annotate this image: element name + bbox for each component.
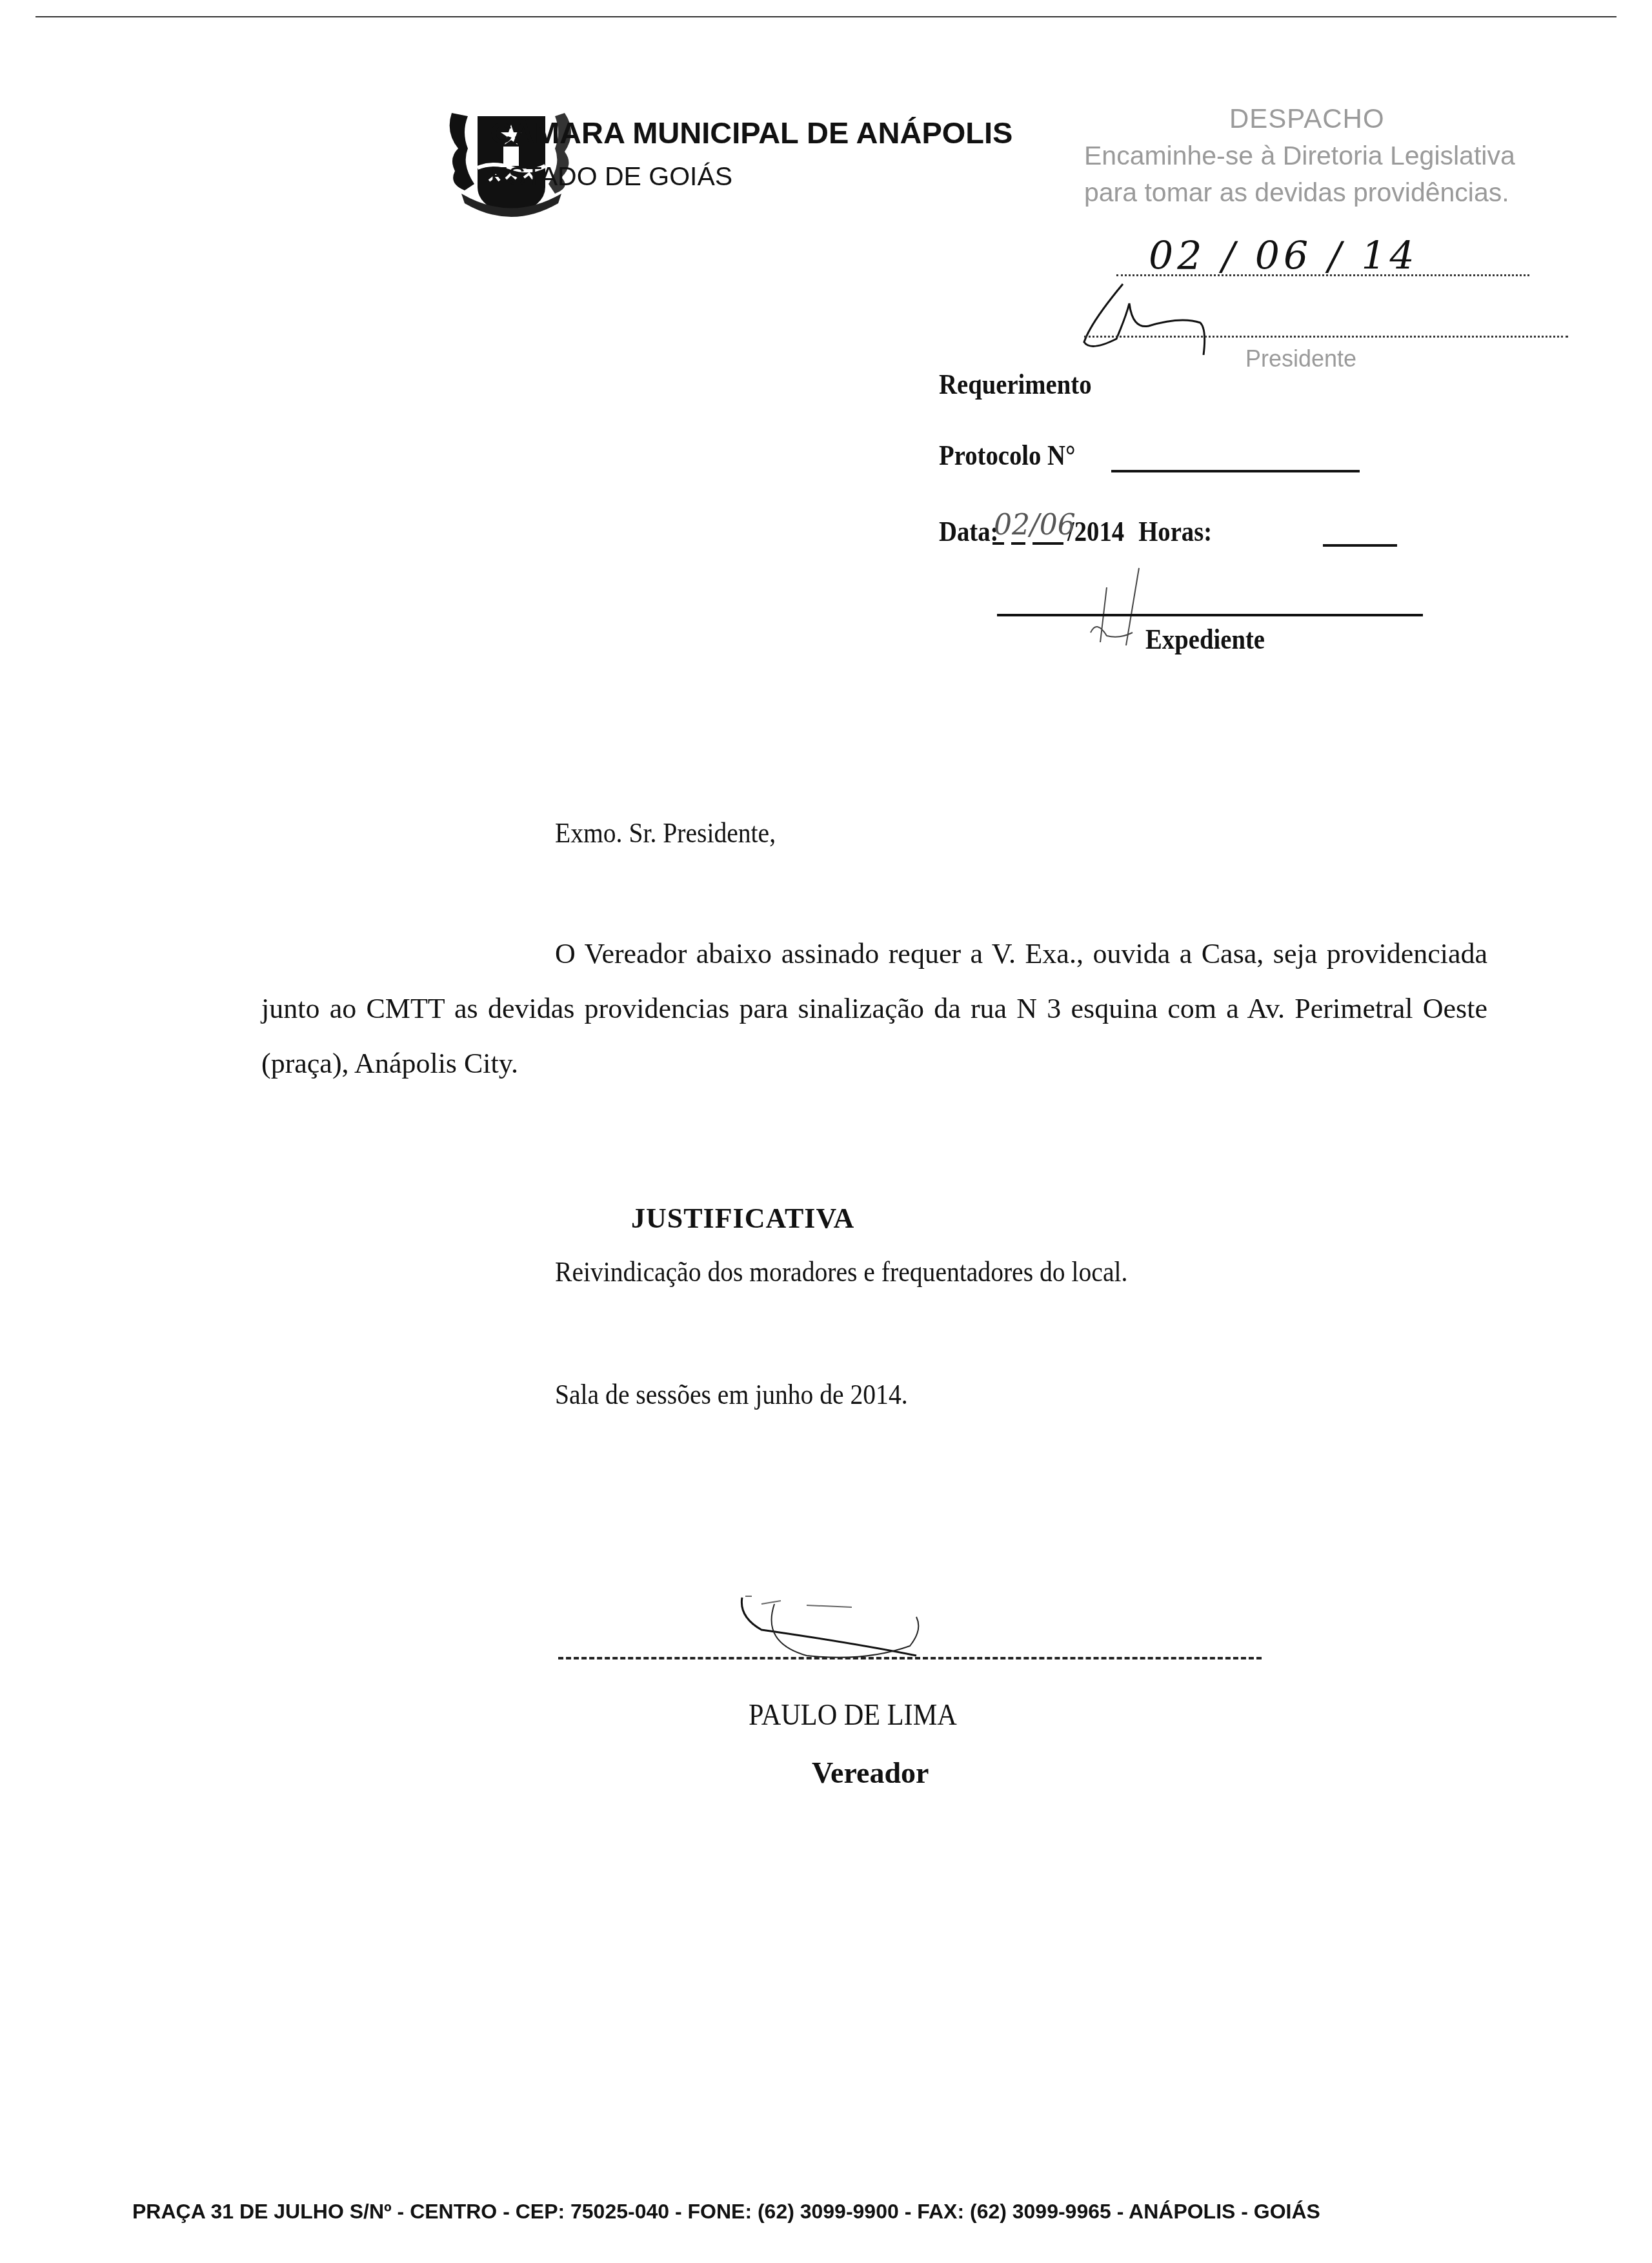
justification-heading: JUSTIFICATIVA (631, 1202, 854, 1235)
footer-address: PRAÇA 31 DE JULHO S/Nº - CENTRO - CEP: 7… (132, 2200, 1320, 2224)
hours-label: Horas: (1138, 516, 1212, 547)
date-label: Data: (939, 516, 998, 547)
expediente-signature-line (997, 614, 1423, 616)
despacho-date-line (1116, 274, 1529, 276)
expediente-label: Expediente (1145, 623, 1265, 656)
president-signature-line (1084, 336, 1568, 338)
institution-state: ESTADO DE GOIÁS (490, 161, 732, 192)
justification-text: Reivindicação dos moradores e frequentad… (555, 1255, 1127, 1288)
president-signature-mark (1078, 278, 1271, 355)
date-handwritten: 02/06 (994, 509, 1076, 542)
closing-line: Sala de sessões em junho de 2014. (555, 1378, 908, 1411)
protocol-label: Protocolo N° (939, 439, 1076, 472)
salutation: Exmo. Sr. Presidente, (555, 817, 776, 849)
despacho-stamp-title: DESPACHO (1229, 103, 1385, 134)
despacho-stamp-line2: para tomar as devidas providências. (1084, 178, 1509, 208)
date-month-line (1032, 542, 1063, 545)
date-year: /2014 (1067, 516, 1124, 547)
document-type-label: Requerimento (939, 368, 1092, 401)
request-paragraph: O Vereador abaixo assinado requer a V. E… (261, 926, 1487, 1091)
signer-name: PAULO DE LIMA (749, 1698, 957, 1732)
top-scan-rule (35, 16, 1617, 17)
coat-of-arms-icon (439, 87, 584, 226)
signer-role: Vereador (812, 1756, 929, 1790)
institution-name: CÂMARA MUNICIPAL DE ANÁPOLIS (490, 115, 1012, 150)
signature-line (558, 1657, 1262, 1659)
president-label: Presidente (1245, 345, 1356, 372)
hours-field-line (1323, 544, 1397, 547)
protocol-field-line (1111, 470, 1360, 472)
despacho-handwritten-date: 02 / 06 / 14 (1149, 234, 1418, 279)
despacho-stamp-line1: Encaminhe-se à Diretoria Legislativa (1084, 141, 1515, 171)
date-day-line (992, 542, 1004, 545)
councilor-signature-mark (723, 1591, 1058, 1662)
date-day-line-2 (1011, 542, 1025, 545)
